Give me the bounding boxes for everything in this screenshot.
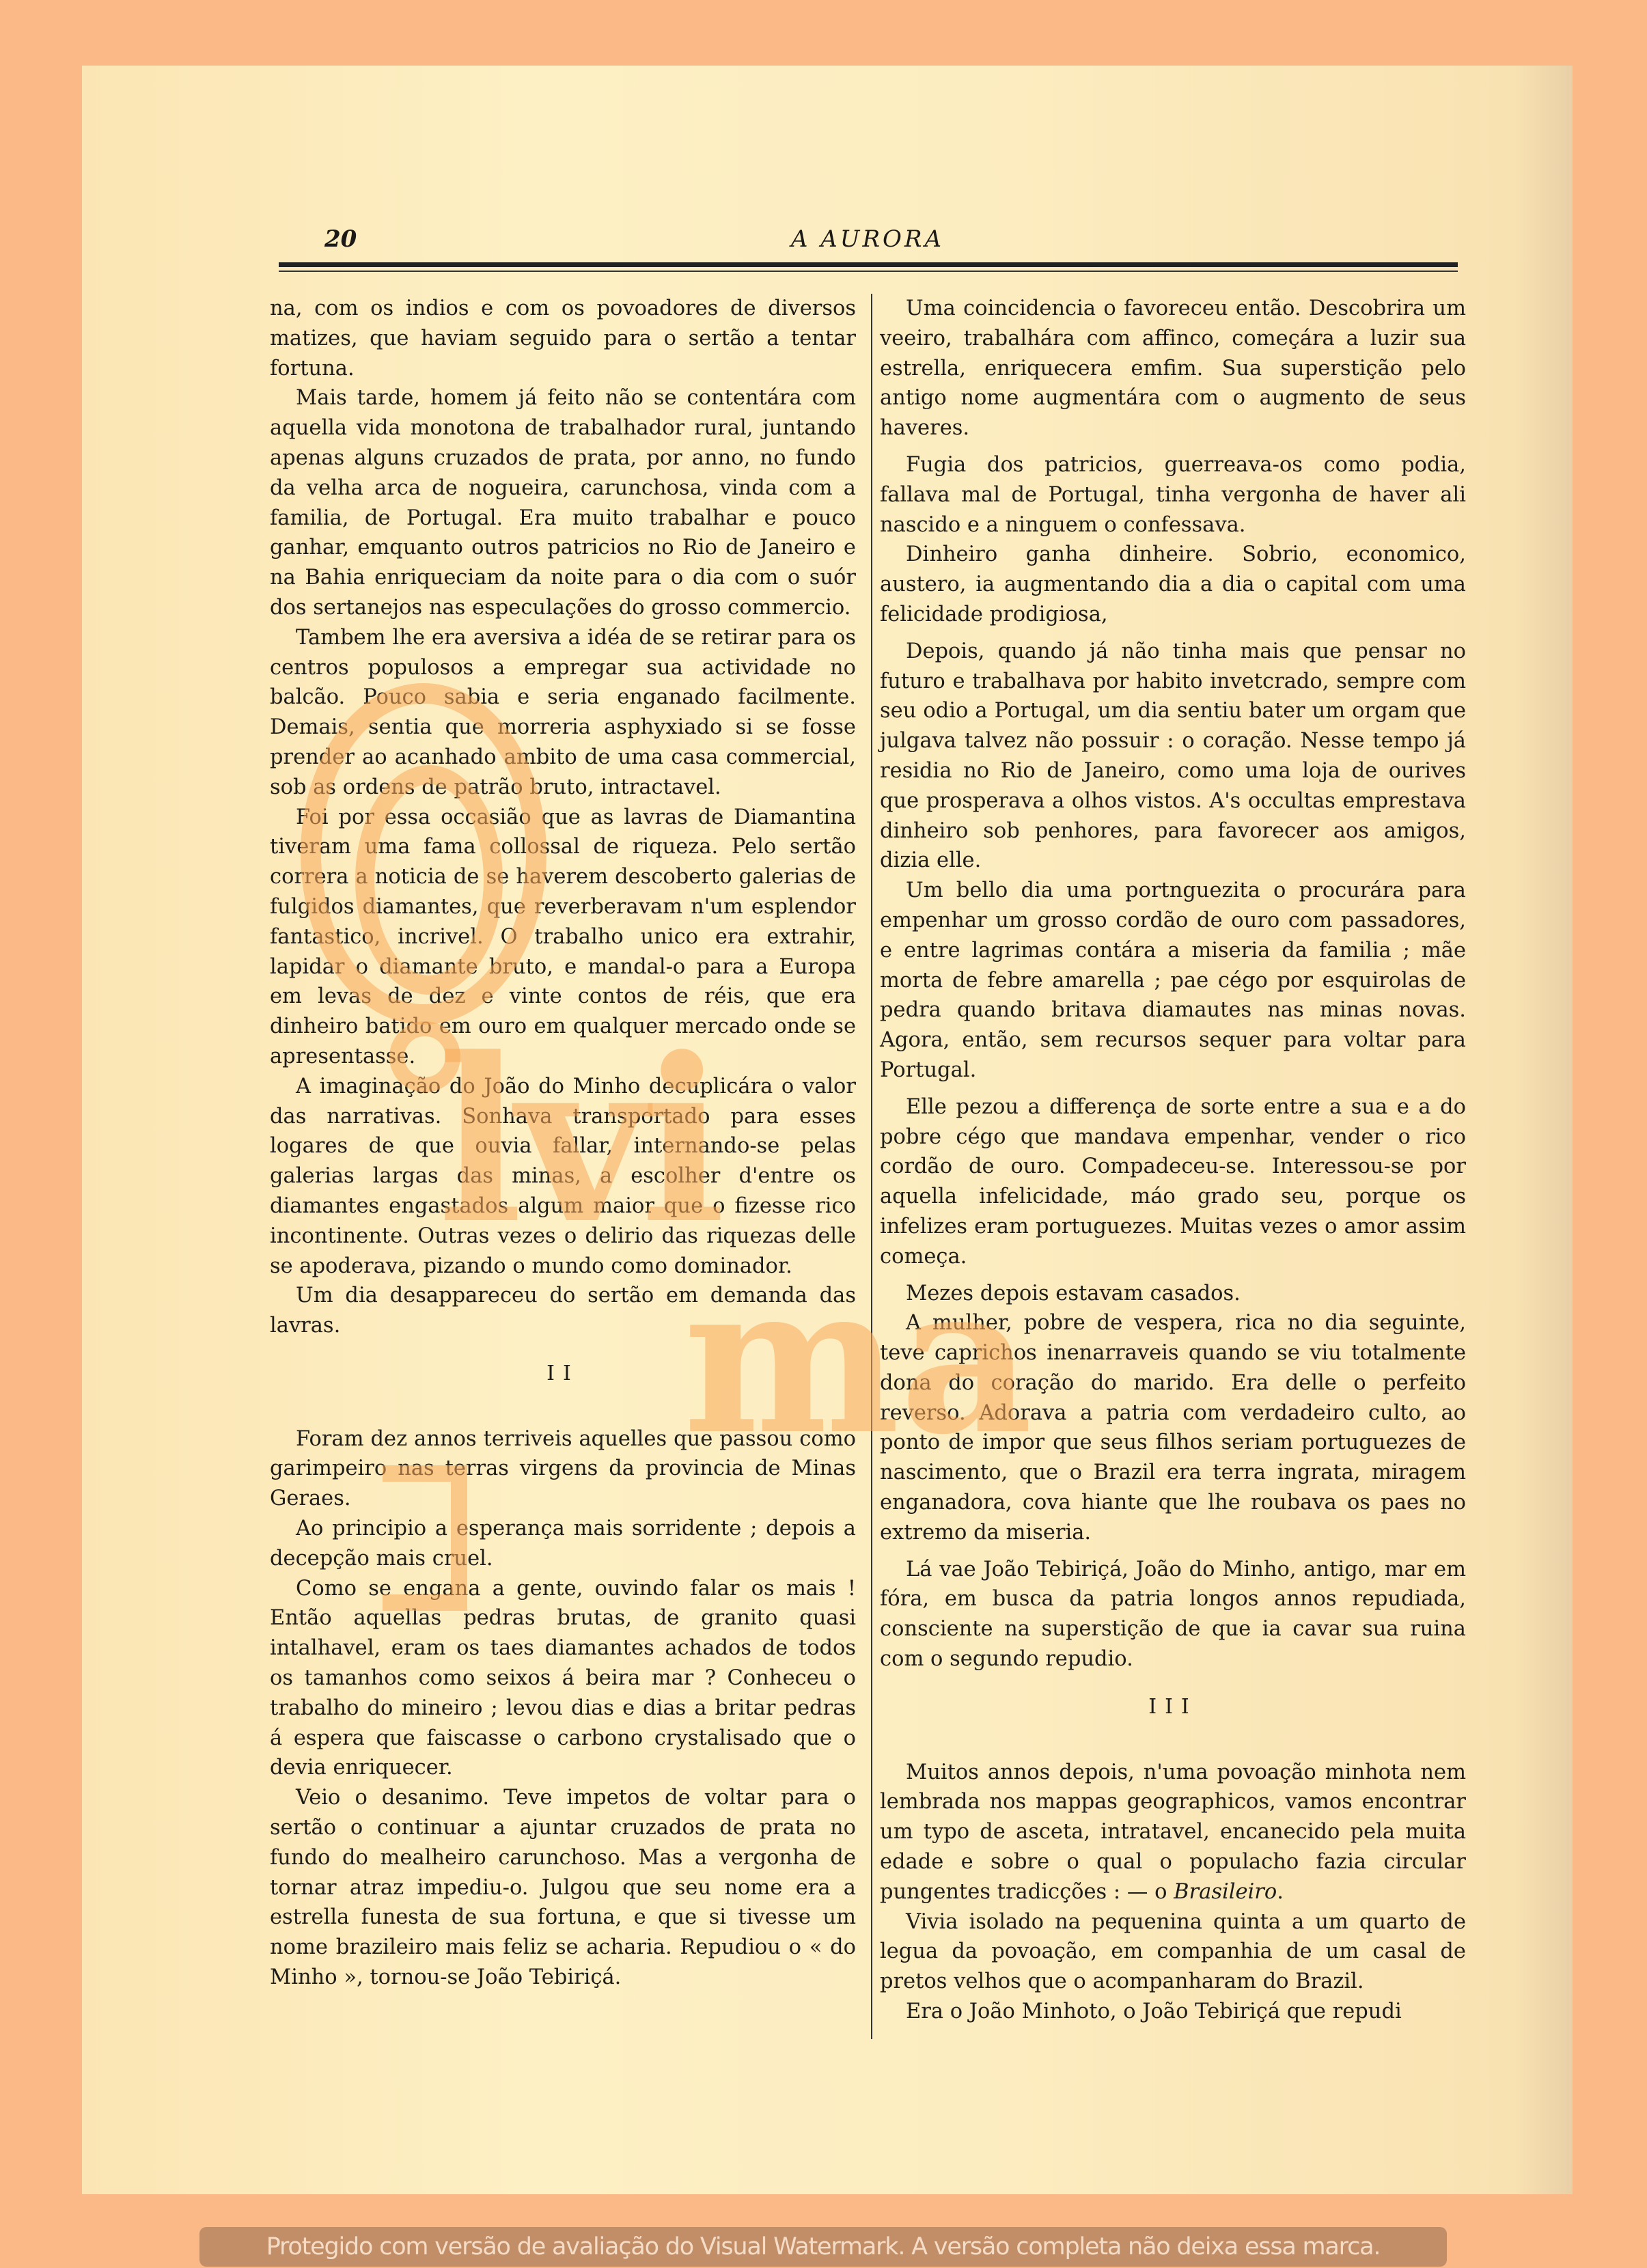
watermark-banner-text: Protegido com versão de avaliação do Vis…: [266, 2233, 1381, 2260]
paragraph: Foram dez annos terriveis aquelles que p…: [270, 1424, 856, 1514]
paragraph: Veio o desanimo. Teve impetos de voltar …: [270, 1783, 856, 1993]
paragraph: Fugia dos patricios, guerreava-os como p…: [880, 450, 1466, 540]
paragraph: A imaginação do João do Minho decuplicár…: [270, 1072, 856, 1282]
section-heading-ii: II: [270, 1359, 856, 1389]
column-divider: [871, 294, 872, 2039]
paragraph: Um dia desappareceu do sertão em demanda…: [270, 1281, 856, 1341]
paragraph-text: Muitos annos depois, n'uma povoação minh…: [880, 1760, 1466, 1904]
paragraph: A mulher, pobre de vespera, rica no dia …: [880, 1308, 1466, 1547]
watermark-ring-icon: [389, 1021, 460, 1092]
paragraph: Como se engana a gente, ouvindo falar os…: [270, 1574, 856, 1784]
section-heading-iii: III: [880, 1692, 1466, 1722]
paragraph: Vivia isolado na pequenina quinta a um q…: [880, 1907, 1466, 1997]
header-rule-thick: [279, 262, 1458, 267]
paragraph: Uma coincidencia o favoreceu então. Desc…: [880, 294, 1466, 443]
paragraph: na, com os indios e com os povoadores de…: [270, 294, 856, 383]
watermark-ring-icon: [355, 765, 503, 995]
watermark-key-icon: [383, 1465, 467, 1611]
left-column: na, com os indios e com os povoadores de…: [270, 294, 856, 1993]
paragraph-text: .: [1277, 1880, 1284, 1904]
paragraph: Elle pezou a differença de sorte entre a…: [880, 1092, 1466, 1272]
journal-title: A AURORA: [277, 225, 1458, 253]
paragraph: Ao principio a esperança mais sorridente…: [270, 1514, 856, 1574]
paragraph: Lá vae João Tebiriçá, João do Minho, ant…: [880, 1555, 1466, 1674]
paragraph: Muitos annos depois, n'uma povoação minh…: [880, 1758, 1466, 1907]
paragraph: Mezes depois estavam casados.: [880, 1279, 1466, 1309]
watermark-banner: Protegido com versão de avaliação do Vis…: [199, 2227, 1447, 2267]
emphasis-brasileiro: Brasileiro: [1174, 1880, 1277, 1904]
paragraph: Era o João Minhoto, o João Tebiriçá que …: [880, 1997, 1466, 2027]
paragraph: Um bello dia uma portnguezita o procurár…: [880, 876, 1466, 1085]
header-rule-thin: [279, 271, 1458, 272]
paragraph: Depois, quando já não tinha mais que pen…: [880, 637, 1466, 876]
right-column: Uma coincidencia o favoreceu então. Desc…: [880, 294, 1466, 2027]
paragraph: Dinheiro ganha dinheire. Sobrio, economi…: [880, 540, 1466, 629]
paragraph: Mais tarde, homem já feito não se conten…: [270, 383, 856, 622]
running-head: 20 A AURORA: [277, 225, 1458, 257]
